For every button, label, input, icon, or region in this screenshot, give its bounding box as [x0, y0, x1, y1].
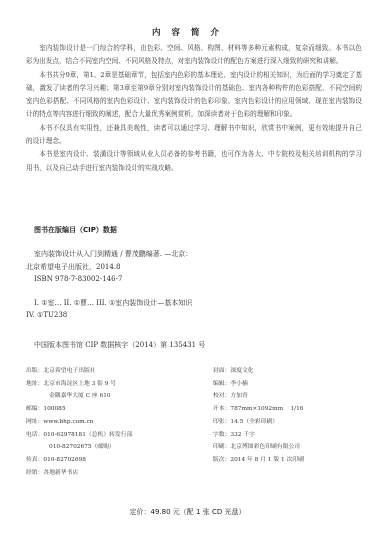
info-row-postcode: 邮编：100085 [26, 403, 201, 416]
content-summary-title: 内 容 简 介 [0, 26, 375, 38]
info-row-word-count: 字数：332 千字 [213, 429, 373, 442]
cip-record: 室内装饰设计从入门到精通 / 曹茂鹏编著. —北京： 北京希望电子出版社，201… [26, 248, 366, 322]
info-row-phone-cont: 010-82702675（邮购） [26, 441, 201, 454]
summary-paragraph: 室内装饰设计是一门综合的学科，由色彩、空间、风格、构图、材料等多种元素构成，复杂… [26, 42, 362, 69]
info-row-address-cont: 金隅嘉华大厦 C 座 610 [26, 390, 201, 403]
info-row-editor: 编辑：李小楠 [213, 378, 373, 391]
copyright-page: 内 容 简 介 室内装饰设计是一门综合的学科，由色彩、空间、风格、构图、材料等多… [0, 0, 375, 556]
info-row-cover: 封面：深度文化 [213, 365, 373, 378]
info-row-sheets: 印张：14.5（全彩印刷） [213, 416, 373, 429]
price-line: 定价：49.80 元（配 1 张 CD 光盘） [0, 507, 375, 517]
cip-publisher-line: 北京希望电子出版社，2014.8 [26, 261, 366, 274]
summary-paragraph: 本书是室内设计、装潢设计等领域从业人员必备的参考书籍，也可作为各大、中专院校及相… [26, 148, 362, 175]
publisher-info-left: 出版：北京希望电子出版社 地址：北京市海淀区上地 3 街 9 号 金隅嘉华大厦 … [26, 365, 201, 479]
info-row-phone: 电话：010-62978181（总机）转发行部 [26, 429, 201, 442]
summary-paragraph: 本书共分9章，第1、2章是基础章节，包括室内色彩的基本理论、室内设计的相关知识，… [26, 69, 362, 122]
info-row-format: 开本：787mm×1092mm 1/16 [213, 403, 373, 416]
cip-classification: I. ①室… II. ①曹… III. ①室内装饰设计—基本知识 [26, 297, 366, 310]
info-row-printer: 印刷：北京博图彩色印刷有限公司 [213, 441, 373, 454]
summary-paragraph: 本书不仅具有实用性，还兼具美观性，读者可以通过学习、理解书中知识，欣赏书中案例，… [26, 122, 362, 149]
cip-title-line: 室内装饰设计从入门到精通 / 曹茂鹏编著. —北京： [26, 248, 366, 261]
info-row-distributor: 经销：各地新华书店 [26, 467, 201, 480]
info-row-publisher: 出版：北京希望电子出版社 [26, 365, 201, 378]
publisher-info-right: 封面：深度文化 编辑：李小楠 校对：方加青 开本：787mm×1092mm 1/… [213, 365, 373, 467]
cip-heading: 图书在版编目（CIP）数据 [34, 225, 117, 235]
cip-isbn: ISBN 978-7-83002-146-7 [26, 273, 366, 286]
content-summary-body: 室内装饰设计是一门综合的学科，由色彩、空间、风格、构图、材料等多种元素构成，复杂… [26, 42, 362, 175]
cip-classification-code: IV. ①TU238 [26, 309, 366, 322]
info-row-address: 地址：北京市海淀区上地 3 街 9 号 [26, 378, 201, 391]
info-row-fax: 传真：010-82702698 [26, 454, 201, 467]
info-row-proofreader: 校对：方加青 [213, 390, 373, 403]
cip-record-number: 中国版本图书馆 CIP 数据核字（2014）第 135431 号 [34, 340, 205, 350]
info-row-website: 网址：www.bhp.com.cn [26, 416, 201, 429]
info-row-edition: 版次：2014 年 8 月 1 版 1 次印刷 [213, 454, 373, 467]
